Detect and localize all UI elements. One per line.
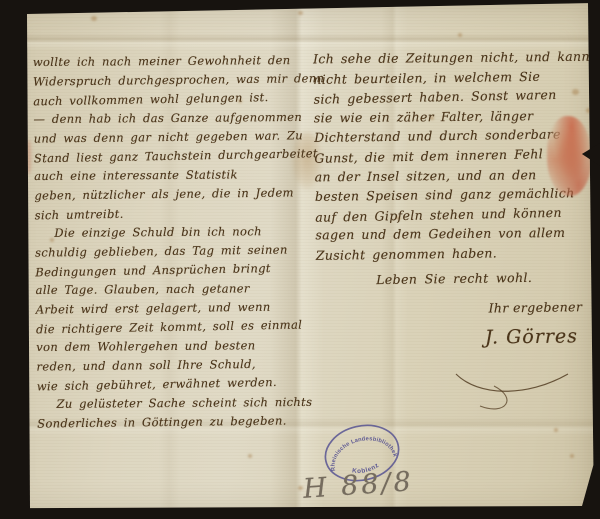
handwriting-line: — denn hab ich das Ganze aufgenommen [33,108,295,129]
signature: J. Görres [485,325,593,349]
handwriting-line: auch eine interessante Statistik [34,165,296,186]
handwriting-line: von dem Wohlergehen und besten [36,336,298,357]
scan-background: wollte ich nach meiner Gewohnheit denWid… [0,0,600,519]
right-page-text: Ich sehe die Zeitungen nicht, und kannni… [313,46,593,350]
edge-smudge [26,140,31,174]
shelfmark: H 88/8 [302,466,415,505]
foxing-spot [91,16,97,21]
left-page-text: wollte ich nach meiner Gewohnheit denWid… [33,50,300,433]
foxing-spot [554,428,558,432]
handwriting-line: Die einzige Schuld bin ich noch [35,222,297,243]
foxing-spot [458,33,462,37]
handwriting-line: Zu gelüsteter Sache scheint sich nichts [37,393,299,414]
handwriting-line: sie wie ein zäher Falter, länger [314,105,590,127]
foxing-spot [570,454,574,458]
closing-line: Leben Sie recht wohl. [376,269,592,287]
handwriting-line: Ich sehe die Zeitungen nicht, und kann [313,47,589,69]
handwriting-line: wollte ich nach meiner Gewohnheit den [33,51,295,72]
foxing-spot [248,454,252,458]
handwriting-line: Sonderliches in Göttingen zu begeben. [37,411,299,433]
handwriting-line: alle Tage. Glauben, nach getaner [36,279,298,300]
foxing-spot [298,11,303,15]
handwriting-line: Zusicht genommen haben. [316,242,592,265]
signature-flourish-icon [448,362,580,422]
handwriting-line: sagen und dem Gedeihen von allem [315,223,591,245]
valediction-line: Ihr ergebener [488,299,592,315]
letter-sheet: wollte ich nach meiner Gewohnheit denWid… [0,0,600,519]
